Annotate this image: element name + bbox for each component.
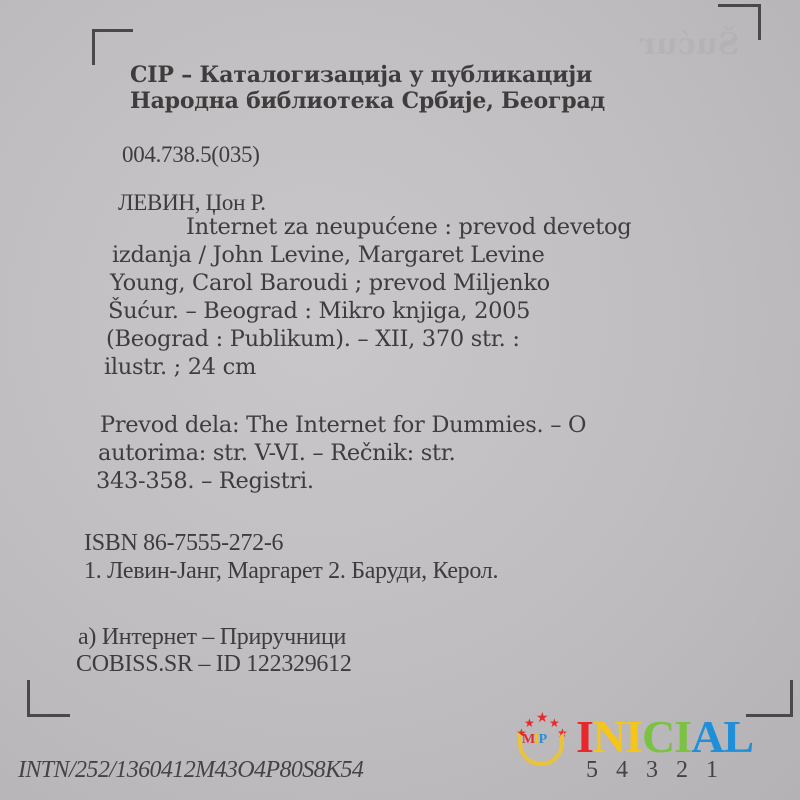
isbn: ISBN 86-7555-272-6 [84, 530, 283, 557]
star-icon: ★ [536, 712, 549, 726]
star-icon: ★ [524, 717, 535, 729]
description-line: Young, Carol Baroudi ; prevod Miljenko [110, 270, 550, 296]
notes-line: Prevod dela: The Internet for Dummies. –… [100, 412, 586, 438]
added-entries: 1. Левин-Јанг, Маргарет 2. Баруди, Керол… [84, 558, 498, 585]
notes-line: 343-358. – Registri. [96, 468, 314, 494]
cobiss-id: COBISS.SR – ID 122329612 [76, 651, 352, 678]
inicial-brand-text: INICIAL [576, 714, 753, 760]
mip-emblem-icon: ★ ★ ★ ★ ★ MIP [512, 712, 570, 770]
crop-mark-top-left [92, 29, 133, 65]
description-line: ilustr. ; 24 cm [104, 354, 256, 380]
cip-header-line-2: Народна библиотека Србије, Београд [130, 88, 605, 114]
bleed-through-text: Šućur [640, 27, 739, 62]
description-line: izdanja / John Levine, Margaret Levine [112, 242, 544, 268]
description-line: Internet za neupućene : prevod devetog [186, 214, 631, 240]
notes-line: autorima: str. V-VI. – Rečnik: str. [98, 440, 456, 466]
mip-text: MIP [522, 732, 546, 748]
inicial-watermark-logo: ★ ★ ★ ★ ★ MIP INICIAL [512, 712, 774, 770]
udc-number: 004.738.5(035) [122, 142, 260, 168]
print-code: INTN/252/1360412M43O4P80S8K54 [18, 757, 363, 784]
cip-header-line-1: CIP – Каталогизација у публикацији [130, 62, 592, 88]
description-line: (Beograd : Publikum). – XII, 370 str. : [106, 326, 520, 352]
crop-mark-bottom-left [27, 680, 70, 717]
description-line: Šućur. – Beograd : Mikro knjiga, 2005 [108, 298, 530, 324]
author-heading: ЛЕВИН, Џон Р. [118, 190, 266, 216]
subject-heading: а) Интернет – Приручници [78, 624, 346, 651]
